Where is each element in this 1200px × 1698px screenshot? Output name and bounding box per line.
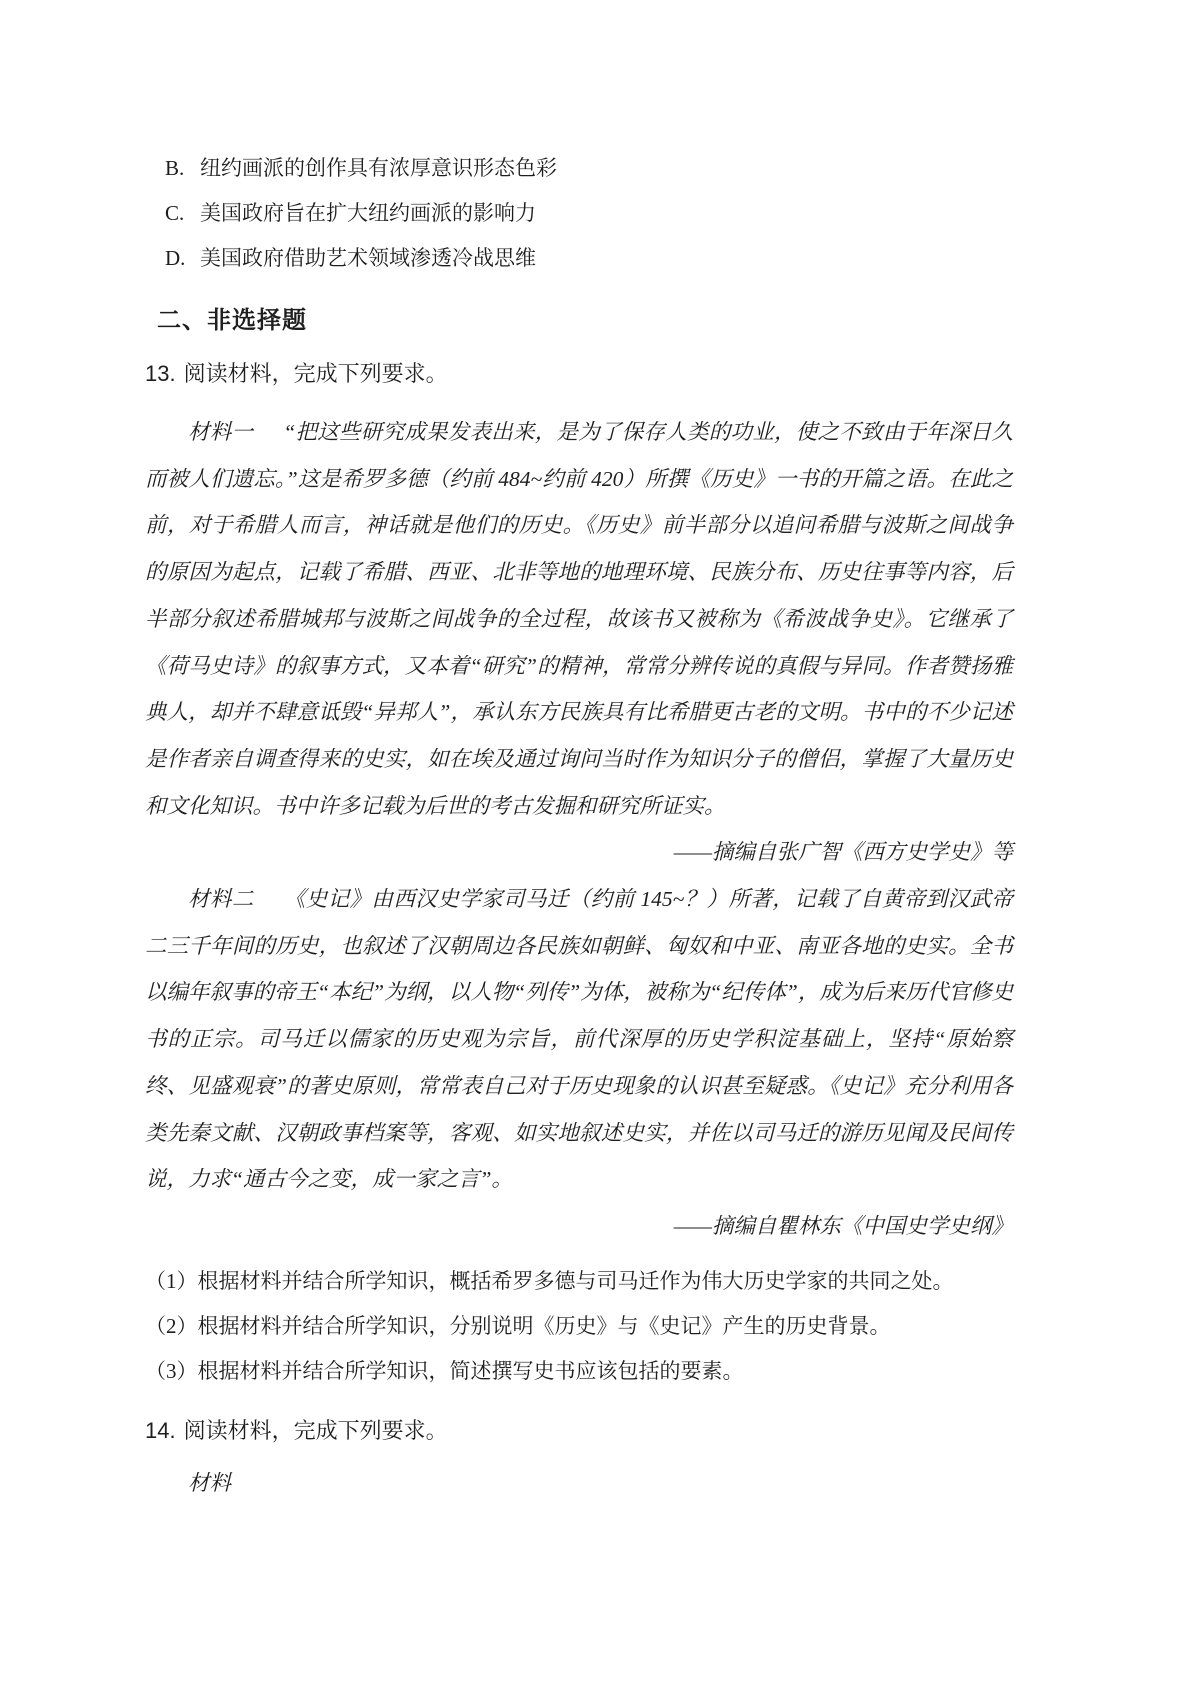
material-2-label: 材料二 [188, 887, 254, 911]
option-row-b: B. 纽约画派的创作具有浓厚意识形态色彩 [165, 146, 1013, 191]
material-1-source: ——摘编自张广智《西方史学史》等 [145, 829, 1013, 876]
option-row-c: C. 美国政府旨在扩大纽约画派的影响力 [165, 191, 1013, 236]
material-2-source: ——摘编自瞿林东《中国史学史纲》 [145, 1203, 1013, 1250]
option-letter-b: B. [165, 146, 200, 191]
option-text-c: 美国政府旨在扩大纽约画派的影响力 [200, 191, 536, 236]
question-13-subquestions: （1）根据材料并结合所学知识，概括希罗多德与司马迁作为伟大历史学家的共同之处。 … [145, 1259, 1013, 1394]
subquestion-1: （1）根据材料并结合所学知识，概括希罗多德与司马迁作为伟大历史学家的共同之处。 [145, 1259, 1013, 1304]
subquestion-2: （2）根据材料并结合所学知识，分别说明《历史》与《史记》产生的历史背景。 [145, 1304, 1013, 1349]
material-1-text: “把这些研究成果发表出来，是为了保存人类的功业，使之不致由于年深日久而被人们遗忘… [145, 420, 1013, 818]
subquestion-3: （3）根据材料并结合所学知识，简述撰写史书应该包括的要素。 [145, 1349, 1013, 1394]
question-14-prompt-line: 14.阅读材料，完成下列要求。 [145, 1408, 1013, 1453]
question-14-number: 14. [145, 1418, 176, 1443]
section-heading-non-choice: 二、非选择题 [157, 301, 1013, 341]
choice-options-group: B. 纽约画派的创作具有浓厚意识形态色彩 C. 美国政府旨在扩大纽约画派的影响力… [145, 146, 1013, 281]
question-13-material-1-paragraph: 材料一“把这些研究成果发表出来，是为了保存人类的功业，使之不致由于年深日久而被人… [145, 409, 1013, 829]
material-2-text: 《史记》由西汉史学家司马迁（约前 145~？）所著，记载了自黄帝到汉武帝二三千年… [145, 887, 1013, 1191]
material-1-label: 材料一 [188, 420, 253, 444]
question-13-prompt-line: 13.阅读材料，完成下列要求。 [145, 351, 1013, 396]
option-row-d: D. 美国政府借助艺术领域渗透冷战思维 [165, 236, 1013, 281]
option-letter-c: C. [165, 191, 200, 236]
option-text-d: 美国政府借助艺术领域渗透冷战思维 [200, 236, 536, 281]
option-text-b: 纽约画派的创作具有浓厚意识形态色彩 [200, 146, 557, 191]
question-13-prompt: 阅读材料，完成下列要求。 [184, 361, 448, 386]
question-13-material-2-paragraph: 材料二《史记》由西汉史学家司马迁（约前 145~？）所著，记载了自黄帝到汉武帝二… [145, 876, 1013, 1203]
exam-document-page: B. 纽约画派的创作具有浓厚意识形态色彩 C. 美国政府旨在扩大纽约画派的影响力… [0, 0, 1200, 1698]
question-14-prompt: 阅读材料，完成下列要求。 [184, 1418, 448, 1443]
option-letter-d: D. [165, 236, 200, 281]
question-14-material-label: 材料 [145, 1460, 1013, 1507]
question-13-number: 13. [145, 361, 176, 386]
